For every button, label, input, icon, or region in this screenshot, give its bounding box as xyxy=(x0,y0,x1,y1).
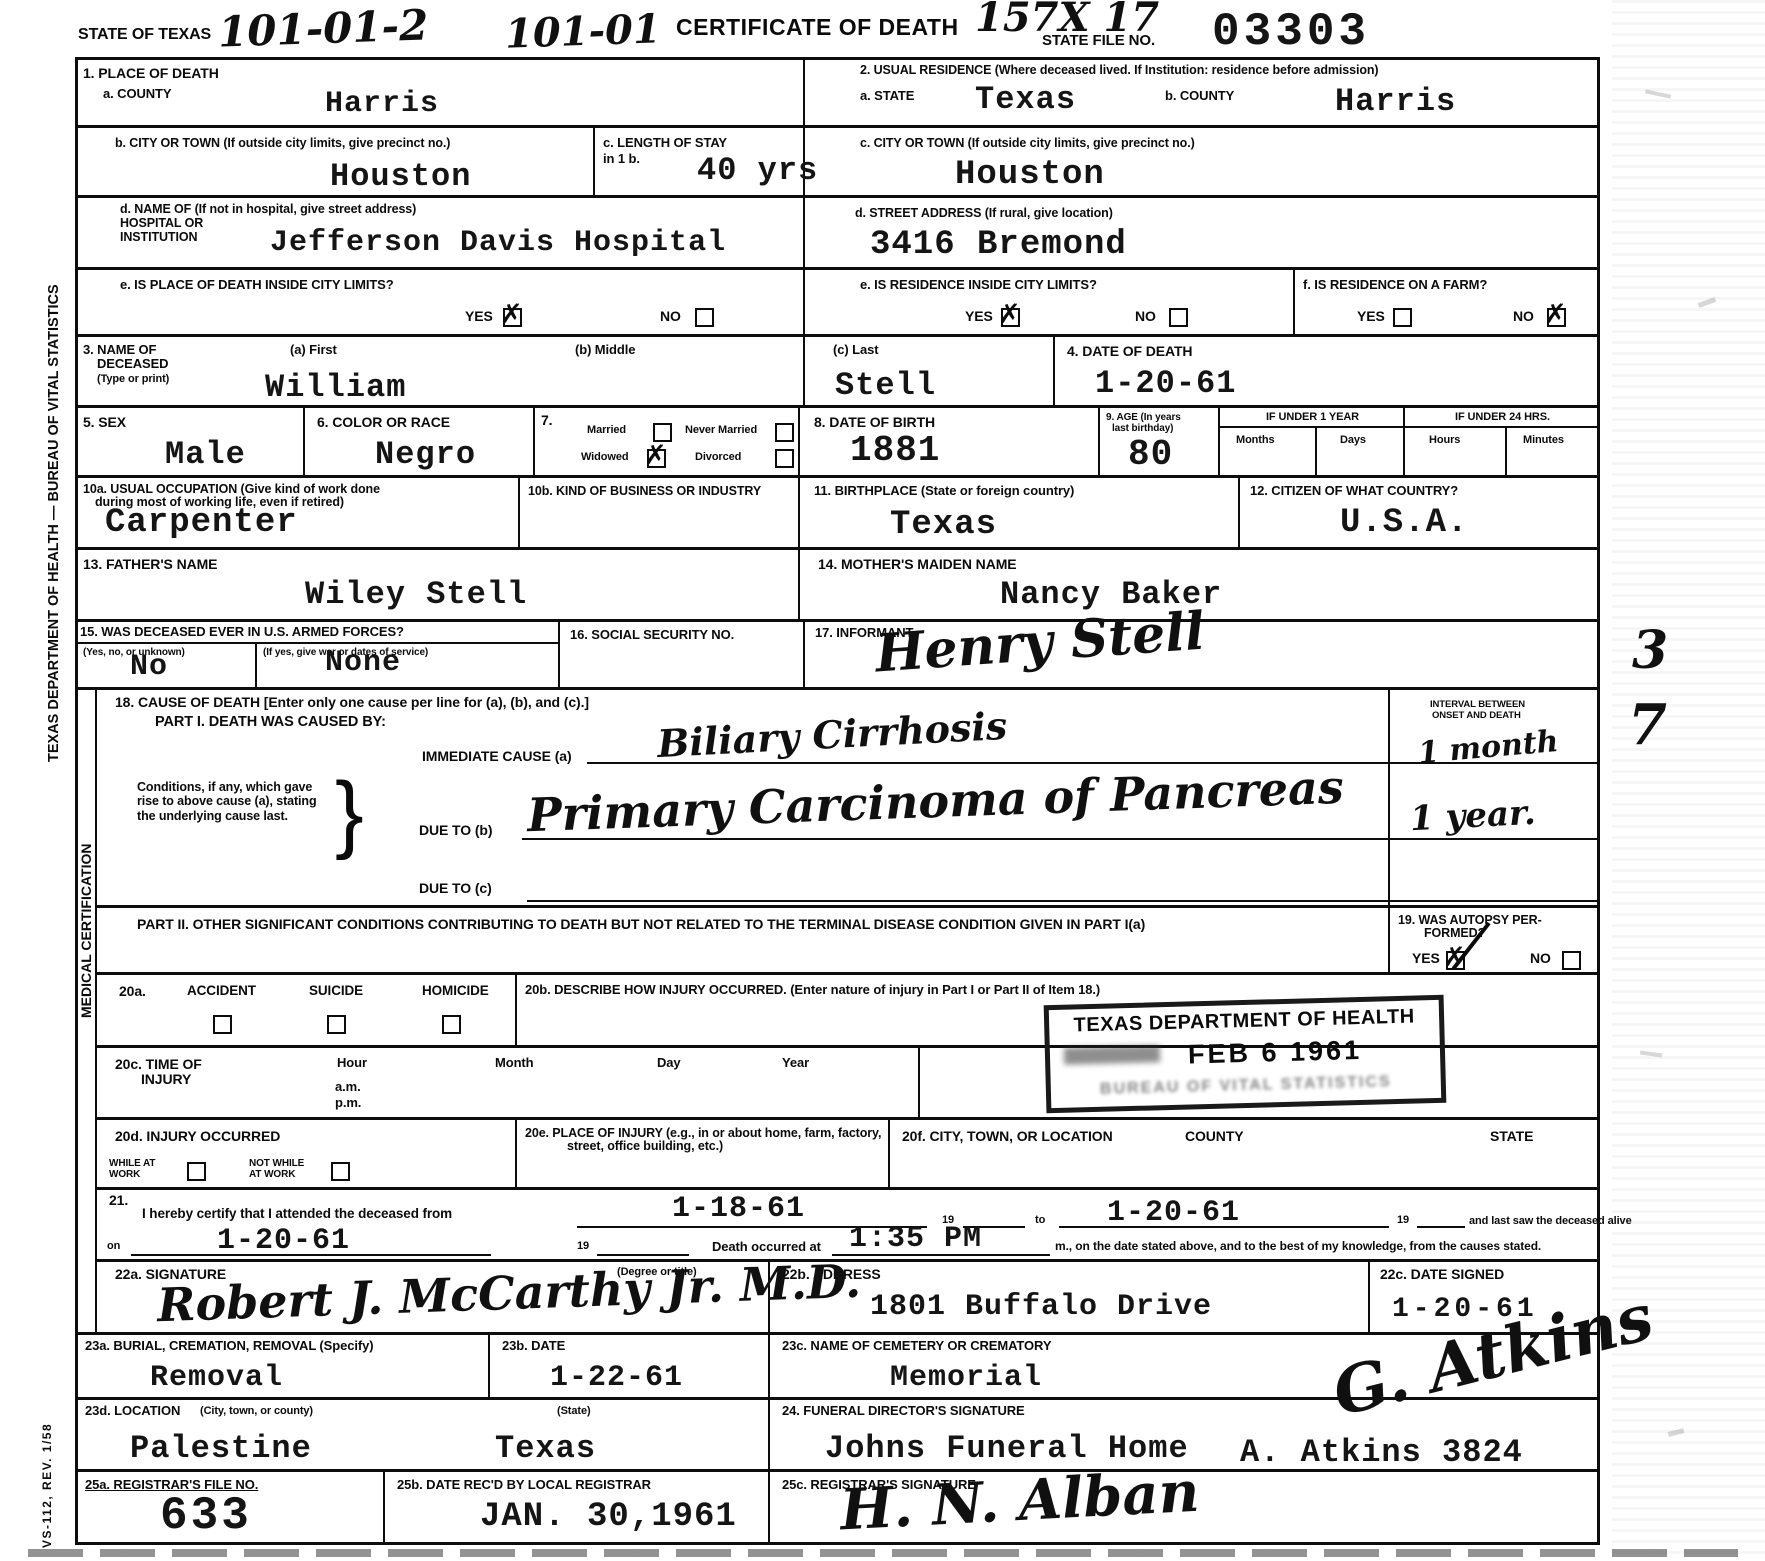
field-24-typed-name: A. Atkins 3824 xyxy=(1240,1434,1523,1471)
field-9-label-2: last birthday) xyxy=(1112,423,1173,435)
interval-header-2: ONSET AND DEATH xyxy=(1432,711,1521,722)
field-13-father: 13. FATHER'S NAME Wiley Stell xyxy=(75,550,800,622)
field-1c-value: 40 yrs xyxy=(697,152,818,189)
field-11-birthplace: 11. BIRTHPLACE (State or foreign country… xyxy=(800,478,1240,550)
field-1b-city-label: b. CITY OR TOWN (If outside city limits,… xyxy=(115,136,450,150)
field-10b-label: 10b. KIND OF BUSINESS OR INDUSTRY xyxy=(528,484,761,498)
field-14-label: 14. MOTHER'S MAIDEN NAME xyxy=(818,556,1017,572)
due-b-label: DUE TO (b) xyxy=(419,822,492,838)
field-16-label: 16. SOCIAL SECURITY NO. xyxy=(570,628,734,643)
field-2e-yes-label: YES xyxy=(965,308,993,324)
state-file-number: 03303 xyxy=(1212,6,1370,58)
field-7-label: 7. xyxy=(541,412,552,428)
field-2e-no-label: NO xyxy=(1135,308,1156,324)
field-1d-label-2: HOSPITAL OR xyxy=(120,216,203,230)
registrar-script-signature: H. N. Alban xyxy=(839,1459,1201,1544)
field-1b-city-value: Houston xyxy=(330,158,471,195)
field-2d-street-value: 3416 Bremond xyxy=(870,226,1127,264)
field-12-value: U.S.A. xyxy=(1340,504,1468,542)
field-18-cause-of-death: 18. CAUSE OF DEATH [Enter only one cause… xyxy=(97,690,1390,908)
field-15-value-2: None xyxy=(325,646,401,680)
field-1e-label: e. IS PLACE OF DEATH INSIDE CITY LIMITS? xyxy=(120,278,394,293)
field-2b-county-label: b. COUNTY xyxy=(1165,89,1234,104)
year-19-label-3: 19 xyxy=(577,1240,589,1253)
field-7-never-married-checkbox xyxy=(775,423,794,442)
field-7-widowed-checkbox xyxy=(647,449,666,468)
death-occurred-at-label: Death occurred at xyxy=(712,1240,821,1255)
field-23a-burial: 23a. BURIAL, CREMATION, REMOVAL (Specify… xyxy=(75,1335,490,1400)
death-time-value: 1:35 PM xyxy=(849,1222,982,1256)
field-16-ssn: 16. SOCIAL SECURITY NO. xyxy=(560,622,805,690)
field-1e-no-label: NO xyxy=(660,308,681,324)
field-19-yes-label: YES xyxy=(1412,950,1440,966)
field-1d-label-3: INSTITUTION xyxy=(120,230,197,244)
field-11-value: Texas xyxy=(890,506,997,544)
field-1e-yes-checkbox xyxy=(503,308,522,327)
part2-label: PART II. OTHER SIGNIFICANT CONDITIONS CO… xyxy=(137,916,1145,932)
field-13-value: Wiley Stell xyxy=(305,576,527,613)
month-column-label: Month xyxy=(495,1056,533,1071)
pm-label: p.m. xyxy=(335,1096,361,1111)
field-10a-occupation: 10a. USUAL OCCUPATION (Give kind of work… xyxy=(75,478,520,550)
field-12-citizen: 12. CITIZEN OF WHAT COUNTRY? U.S.A. xyxy=(1240,478,1600,550)
field-20d-injury-occurred: 20d. INJURY OCCURRED WHILE AT WORK NOT W… xyxy=(97,1120,517,1190)
field-2e-yes-checkbox xyxy=(1001,308,1020,327)
last-saw-alive-text: and last saw the deceased alive xyxy=(1469,1215,1632,1228)
field-2f-label: f. IS RESIDENCE ON A FARM? xyxy=(1303,278,1487,293)
field-22c-label: 22c. DATE SIGNED xyxy=(1380,1266,1504,1282)
field-22a-signature: 22a. SIGNATURE Robert J. McCarthy Jr. M.… xyxy=(97,1262,770,1335)
field-1d-hospital: d. NAME OF (If not in hospital, give str… xyxy=(75,198,805,270)
year-column-label: Year xyxy=(782,1056,809,1071)
stamp-agency-line: TEXAS DEPARTMENT OF HEALTH xyxy=(1049,1005,1439,1038)
field-4-date-of-death: 4. DATE OF DEATH 1-20-61 xyxy=(1055,337,1600,408)
field-2f-no-label: NO xyxy=(1513,308,1534,324)
field-19-no-checkbox xyxy=(1562,951,1581,970)
field-3c-last-label: (c) Last xyxy=(833,343,878,358)
field-3a-first-value: William xyxy=(265,369,406,406)
field-23a-value: Removal xyxy=(150,1361,283,1395)
field-20d-label: 20d. INJURY OCCURRED xyxy=(115,1128,280,1144)
field-13-label: 13. FATHER'S NAME xyxy=(83,556,217,572)
days-label: Days xyxy=(1340,434,1366,447)
certify-tail-text: m., on the date stated above, and to the… xyxy=(1055,1240,1541,1254)
field-21-certification: 21. I hereby certify that I attended the… xyxy=(97,1190,1600,1262)
handwritten-code-2: 101-01 xyxy=(504,5,661,57)
death-certificate-document: STATE OF TEXAS 101-01-2 101-01 CERTIFICA… xyxy=(0,0,1765,1561)
field-2f-no-checkbox xyxy=(1547,308,1566,327)
certify-text: I hereby certify that I attended the dec… xyxy=(142,1206,452,1222)
field-19-autopsy: 19. WAS AUTOPSY PER- FORMED? YES NO xyxy=(1390,908,1600,975)
due-c-label: DUE TO (c) xyxy=(419,880,492,896)
while-at-work-checkbox xyxy=(187,1162,206,1181)
divider-line xyxy=(1220,406,1405,428)
field-1e-city-limits: e. IS PLACE OF DEATH INSIDE CITY LIMITS?… xyxy=(75,270,805,337)
field-2f-yes-checkbox xyxy=(1393,308,1412,327)
on-word: on xyxy=(107,1240,120,1253)
field-2-title: 2. USUAL RESIDENCE (Where deceased lived… xyxy=(860,63,1378,77)
field-3b-middle-label: (b) Middle xyxy=(575,343,635,358)
field-1e-yes-label: YES xyxy=(465,308,493,324)
field-25c-registrar-signature: 25c. REGISTRAR'S SIGNATURE H. N. Alban xyxy=(770,1472,1600,1545)
field-2c-city: c. CITY OR TOWN (If outside city limits,… xyxy=(805,128,1600,198)
field-7-divorced-checkbox xyxy=(775,449,794,468)
field-18-part2: PART II. OTHER SIGNIFICANT CONDITIONS CO… xyxy=(97,908,1390,975)
field-2-usual-residence: 2. USUAL RESIDENCE (Where deceased lived… xyxy=(805,57,1600,128)
field-3c-last: (c) Last Stell xyxy=(805,337,1055,408)
divider-line xyxy=(597,1228,689,1256)
field-11-label: 11. BIRTHPLACE (State or foreign country… xyxy=(814,484,1074,499)
field-1a-county-label: a. COUNTY xyxy=(103,87,171,102)
field-23d-value-1: Palestine xyxy=(130,1430,312,1467)
stamp-bureau-line: BUREAU OF VITAL STATISTICS xyxy=(1051,1072,1441,1100)
field-2a-state-label: a. STATE xyxy=(860,89,914,104)
field-20c-time-of-injury: 20c. TIME OF INJURY Hour a.m. p.m. Month… xyxy=(97,1048,920,1120)
field-20b-label: 20b. DESCRIBE HOW INJURY OCCURRED. (Ente… xyxy=(525,983,1100,998)
field-2b-county-value: Harris xyxy=(1335,83,1456,120)
field-2c-city-value: Houston xyxy=(955,156,1105,194)
field-2f-yes-label: YES xyxy=(1357,308,1385,324)
year-19-label-2: 19 xyxy=(1397,1214,1409,1227)
field-7-married-label: Married xyxy=(587,424,626,437)
field-20e-label-2: street, office building, etc.) xyxy=(567,1139,723,1153)
stamp-illegible-mark xyxy=(1064,1045,1160,1065)
field-20c-label-2: INJURY xyxy=(141,1071,191,1087)
state-column-label: STATE xyxy=(1490,1128,1533,1144)
field-3a-first-label: (a) First xyxy=(290,343,337,358)
field-8-date-of-birth: 8. DATE OF BIRTH 1881 xyxy=(800,408,1100,478)
field-15-armed-forces: 15. WAS DECEASED EVER IN U.S. ARMED FORC… xyxy=(75,622,560,690)
field-5-value: Male xyxy=(165,436,246,473)
page-title: CERTIFICATE OF DEATH xyxy=(676,14,959,40)
health-department-stamp: TEXAS DEPARTMENT OF HEALTH FEB 6 1961 BU… xyxy=(1044,995,1447,1113)
field-18-part1-label: PART I. DEATH WAS CAUSED BY: xyxy=(155,714,386,731)
field-9-value: 80 xyxy=(1128,434,1173,475)
form-number-label: VS-112, REV. 1/58 xyxy=(40,1423,54,1548)
field-4-label: 4. DATE OF DEATH xyxy=(1067,343,1192,359)
field-12-label: 12. CITIZEN OF WHAT COUNTRY? xyxy=(1250,484,1458,499)
field-1d-value: Jefferson Davis Hospital xyxy=(270,226,726,260)
field-20a-manner: 20a. ACCIDENT SUICIDE HOMICIDE xyxy=(97,975,517,1048)
field-7-marital-status: 7. Married Never Married Widowed Divorce… xyxy=(535,408,800,478)
suicide-label: SUICIDE xyxy=(309,983,363,999)
day-column-label: Day xyxy=(657,1056,681,1071)
field-9-under-1-year: IF UNDER 1 YEAR Months Days xyxy=(1220,408,1405,478)
field-1-title: 1. PLACE OF DEATH xyxy=(83,65,219,81)
field-9-age: 9. AGE (In years last birthday) 80 xyxy=(1100,408,1220,478)
field-2f-farm: f. IS RESIDENCE ON A FARM? YES NO xyxy=(1295,270,1600,337)
am-label: a.m. xyxy=(335,1080,361,1095)
field-3c-last-value: Stell xyxy=(835,367,936,404)
field-2a-state-value: Texas xyxy=(975,81,1076,118)
field-10b-business: 10b. KIND OF BUSINESS OR INDUSTRY xyxy=(520,478,800,550)
field-5-label: 5. SEX xyxy=(83,414,126,430)
field-9-under-24-hrs: IF UNDER 24 HRS. Hours Minutes xyxy=(1405,408,1600,478)
field-2c-city-label: c. CITY OR TOWN (If outside city limits,… xyxy=(860,136,1195,150)
field-3-title-2: DECEASED xyxy=(97,357,168,372)
field-20c-label-1: 20c. TIME OF xyxy=(115,1056,202,1072)
not-while-at-work-label-1: NOT WHILE xyxy=(249,1158,304,1170)
field-24-label: 24. FUNERAL DIRECTOR'S SIGNATURE xyxy=(782,1404,1025,1419)
county-column-label: COUNTY xyxy=(1185,1128,1244,1144)
field-20a-label: 20a. xyxy=(119,983,146,999)
field-23b-value: 1-22-61 xyxy=(550,1361,683,1395)
field-20f-label: 20f. CITY, TOWN, OR LOCATION xyxy=(902,1128,1113,1144)
divider-line xyxy=(1315,426,1317,475)
divider-line xyxy=(255,642,257,690)
field-25b-date-received: 25b. DATE REC'D BY LOCAL REGISTRAR JAN. … xyxy=(385,1472,770,1545)
field-1b-city: b. CITY OR TOWN (If outside city limits,… xyxy=(75,128,595,198)
field-1c-sublabel: in 1 b. xyxy=(603,152,640,167)
from-date-value: 1-18-61 xyxy=(672,1192,805,1226)
stamp-date: FEB 6 1961 xyxy=(1188,1035,1363,1071)
homicide-label: HOMICIDE xyxy=(422,983,489,999)
field-25b-value: JAN. 30,1961 xyxy=(480,1498,737,1536)
field-4-value: 1-20-61 xyxy=(1095,365,1236,402)
divider-line xyxy=(75,620,560,644)
field-18-title: 18. CAUSE OF DEATH [Enter only one cause… xyxy=(115,694,589,710)
interval-b-line xyxy=(1390,806,1600,840)
conditions-note: Conditions, if any, which gave rise to a… xyxy=(137,780,322,823)
homicide-checkbox xyxy=(442,1015,461,1034)
suicide-checkbox xyxy=(327,1015,346,1034)
field-1c-length-of-stay: c. LENGTH OF STAY in 1 b. 40 yrs xyxy=(595,128,805,198)
physician-signature: Robert J. McCarthy Jr. M.D. xyxy=(156,1254,862,1333)
field-2e-label: e. IS RESIDENCE INSIDE CITY LIMITS? xyxy=(860,278,1097,293)
accident-checkbox xyxy=(213,1015,232,1034)
divider-line xyxy=(1505,426,1507,475)
field-23d-sub-2: (State) xyxy=(557,1405,591,1418)
field-7-widowed-label: Widowed xyxy=(581,451,628,464)
to-date-value: 1-20-61 xyxy=(1107,1196,1240,1230)
field-23b-date: 23b. DATE 1-22-61 xyxy=(490,1335,770,1400)
months-label: Months xyxy=(1236,434,1275,447)
handwritten-code-1: 101-01-2 xyxy=(217,0,429,56)
not-while-at-work-checkbox xyxy=(331,1162,350,1181)
divider-line xyxy=(1417,1200,1465,1228)
sidebar-agency-label: TEXAS DEPARTMENT OF HEALTH — BUREAU OF V… xyxy=(46,284,62,762)
field-21-number: 21. xyxy=(109,1192,128,1208)
field-2d-street: d. STREET ADDRESS (If rural, give locati… xyxy=(805,198,1600,270)
field-2e-no-checkbox xyxy=(1169,308,1188,327)
field-1c-label: c. LENGTH OF STAY xyxy=(603,136,727,151)
while-at-work-label-1: WHILE AT xyxy=(109,1158,155,1170)
immediate-cause-label: IMMEDIATE CAUSE (a) xyxy=(422,748,572,764)
field-6-race: 6. COLOR OR RACE Negro xyxy=(305,408,535,478)
field-25b-label: 25b. DATE REC'D BY LOCAL REGISTRAR xyxy=(397,1478,651,1493)
field-6-label: 6. COLOR OR RACE xyxy=(317,414,450,430)
field-7-divorced-label: Divorced xyxy=(695,451,741,464)
on-date-value: 1-20-61 xyxy=(217,1224,350,1258)
field-1d-label-1: d. NAME OF (If not in hospital, give str… xyxy=(120,202,416,216)
divider-line xyxy=(1405,406,1600,428)
field-23a-label: 23a. BURIAL, CREMATION, REMOVAL (Specify… xyxy=(85,1339,373,1354)
field-5-sex: 5. SEX Male xyxy=(75,408,305,478)
field-20e-place-of-injury: 20e. PLACE OF INJURY (e.g., in or about … xyxy=(517,1120,890,1190)
hours-label: Hours xyxy=(1429,434,1460,447)
state-of-texas-label: STATE OF TEXAS xyxy=(78,26,211,44)
field-6-value: Negro xyxy=(375,436,476,473)
field-9-label-1: 9. AGE (In years xyxy=(1106,412,1181,424)
field-2e-residence-limits: e. IS RESIDENCE INSIDE CITY LIMITS? YES … xyxy=(805,270,1295,337)
hour-column-label: Hour xyxy=(337,1056,367,1071)
field-22b-value: 1801 Buffalo Drive xyxy=(870,1290,1212,1324)
field-25a-value: 633 xyxy=(160,1490,252,1542)
field-23d-location: 23d. LOCATION (City, town, or county) (S… xyxy=(75,1400,770,1472)
state-file-no-label: STATE FILE NO. xyxy=(1042,32,1155,49)
field-20f-location: 20f. CITY, TOWN, OR LOCATION COUNTY STAT… xyxy=(890,1120,1600,1190)
field-23b-label: 23b. DATE xyxy=(502,1339,565,1354)
while-at-work-label-2: WORK xyxy=(109,1169,140,1181)
field-23c-label: 23c. NAME OF CEMETERY OR CREMATORY xyxy=(782,1339,1051,1354)
minutes-label: Minutes xyxy=(1523,434,1564,447)
field-19-no-label: NO xyxy=(1530,950,1551,966)
field-25a-registrar-file: 25a. REGISTRAR'S FILE NO. 633 xyxy=(75,1472,385,1545)
field-3-title-3: (Type or print) xyxy=(97,373,169,386)
field-7-never-married-label: Never Married xyxy=(685,424,757,437)
field-1e-no-checkbox xyxy=(695,308,714,327)
brace-glyph: } xyxy=(335,764,364,863)
field-3-name: 3. NAME OF DECEASED (Type or print) (a) … xyxy=(75,337,805,408)
accident-label: ACCIDENT xyxy=(187,983,256,999)
field-23d-sub-1: (City, town, or county) xyxy=(200,1405,313,1418)
scan-bottom-edge xyxy=(28,1549,1738,1557)
field-8-label: 8. DATE OF BIRTH xyxy=(814,414,935,430)
to-word: to xyxy=(1035,1214,1045,1227)
field-23d-value-2: Texas xyxy=(495,1430,596,1467)
not-while-at-work-label-2: AT WORK xyxy=(249,1169,295,1181)
field-1a-county-value: Harris xyxy=(325,87,439,121)
field-10a-value: Carpenter xyxy=(105,504,298,542)
medical-certification-strip xyxy=(75,690,97,1335)
field-23c-value: Memorial xyxy=(890,1361,1042,1395)
cause-c-line xyxy=(527,868,1390,902)
field-8-value: 1881 xyxy=(850,430,940,471)
field-17-informant: 17. INFORMANT Henry Stell xyxy=(805,622,1600,690)
interval-column: INTERVAL BETWEEN ONSET AND DEATH 1 month… xyxy=(1390,690,1600,908)
interval-c-line xyxy=(1390,868,1600,902)
field-2d-street-label: d. STREET ADDRESS (If rural, give locati… xyxy=(855,206,1113,220)
interval-a-line xyxy=(1390,730,1600,764)
field-1-place-of-death: 1. PLACE OF DEATH a. COUNTY Harris xyxy=(75,57,805,128)
field-15-value-1: No xyxy=(130,650,168,684)
field-23d-label: 23d. LOCATION xyxy=(85,1404,180,1419)
